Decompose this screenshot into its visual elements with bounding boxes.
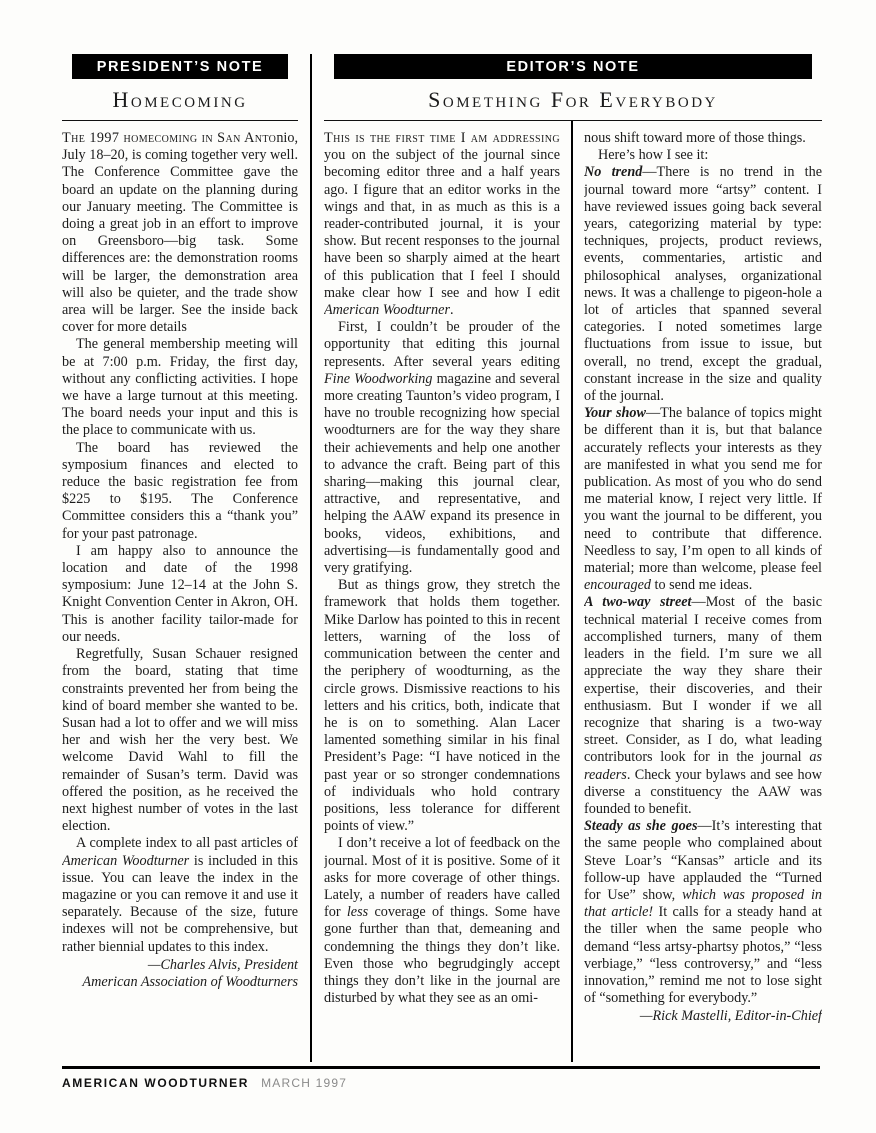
paragraph: nous shift toward more of those things.: [584, 130, 822, 147]
signature-line: American Association of Woodturners: [62, 974, 298, 992]
editors-note-signature: —Rick Mastelli, Editor-in-Chief: [584, 1008, 822, 1026]
presidents-note-title: Homecoming: [62, 87, 298, 113]
editors-note-banner: EDITOR’S NOTE: [334, 54, 812, 79]
paragraph: But as things grow, they stretch the fra…: [324, 577, 560, 835]
paragraph: Regretfully, Susan Schauer resigned from…: [62, 646, 298, 835]
presidents-note-body: The 1997 homecoming in San Antonio, July…: [62, 130, 298, 956]
paragraph: Here’s how I see it:: [584, 147, 822, 164]
presidents-note-banner: PRESIDENT’S NOTE: [72, 54, 288, 79]
paragraph: The general membership meeting will be a…: [62, 336, 298, 439]
editors-note-column2: nous shift toward more of those things.H…: [584, 130, 822, 1007]
paragraph: This is the first time I am addressing y…: [324, 130, 560, 319]
paragraph: Your show—The balance of topics might be…: [584, 405, 822, 594]
footer: AMERICAN WOODTURNERMARCH 1997: [62, 1076, 347, 1090]
editors-note-column1: This is the first time I am addressing y…: [324, 130, 560, 1062]
presidents-title-rule: [62, 120, 298, 121]
magazine-page: PRESIDENT’S NOTE Homecoming The 1997 hom…: [0, 0, 876, 1133]
paragraph: No trend—There is no trend in the journa…: [584, 164, 822, 405]
footer-rule: [62, 1066, 820, 1069]
paragraph: I don’t receive a lot of feedback on the…: [324, 835, 560, 1007]
editors-note-article: EDITOR’S NOTE Something For Everybody Th…: [324, 54, 822, 1062]
paragraph: The board has reviewed the symposium fin…: [62, 440, 298, 543]
paragraph: The 1997 homecoming in San Antonio, July…: [62, 130, 298, 336]
editors-note-title: Something For Everybody: [324, 87, 822, 113]
paragraph: A two-way street—Most of the basic techn…: [584, 594, 822, 818]
editors-note-columns: This is the first time I am addressing y…: [324, 121, 822, 1062]
presidents-note-article: PRESIDENT’S NOTE Homecoming The 1997 hom…: [62, 54, 298, 1062]
editors-note-column2-wrap: nous shift toward more of those things.H…: [584, 121, 822, 1062]
page-content: PRESIDENT’S NOTE Homecoming The 1997 hom…: [62, 54, 822, 1062]
paragraph: A complete index to all past articles of…: [62, 835, 298, 955]
presidents-note-signature: —Charles Alvis, PresidentAmerican Associ…: [62, 957, 298, 992]
paragraph: Steady as she goes—It’s interesting that…: [584, 818, 822, 1007]
paragraph: I am happy also to announce the location…: [62, 543, 298, 646]
signature-line: —Charles Alvis, President: [62, 957, 298, 975]
column-divider: [571, 121, 573, 1062]
footer-issue-date: MARCH 1997: [261, 1076, 347, 1090]
signature-line: —Rick Mastelli, Editor-in-Chief: [584, 1008, 822, 1026]
footer-journal-name: AMERICAN WOODTURNER: [62, 1076, 249, 1090]
section-divider: [310, 54, 312, 1062]
paragraph: First, I couldn’t be prouder of the oppo…: [324, 319, 560, 577]
